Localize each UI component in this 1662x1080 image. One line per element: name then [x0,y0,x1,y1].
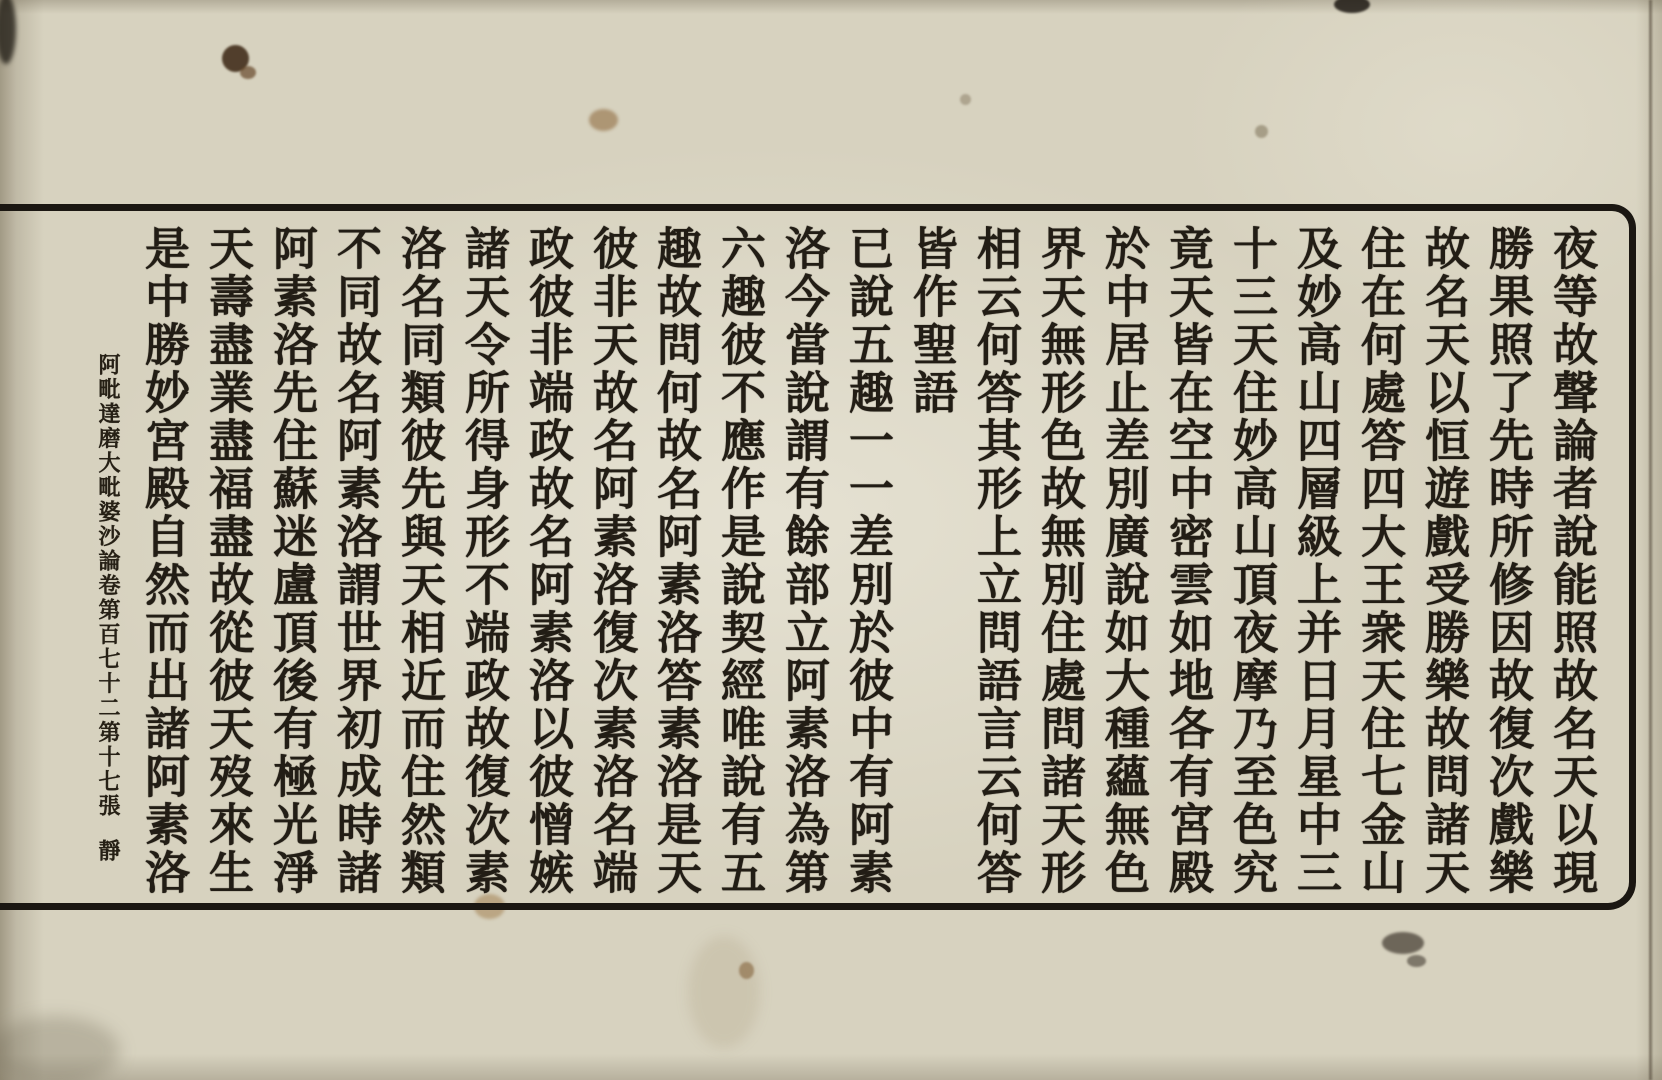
text-column: 相云何答其形上立問語言云何答 [963,225,1027,895]
stain-mark [960,94,971,105]
text-column: 天壽盡業盡福盡故從彼天歿來生 [195,225,259,895]
volume-marker: 靜 [95,839,121,864]
text-columns: 夜等故聲論者說能照故名天以現 勝果照了先時所修因故復次戲樂 故名天以恒遊戲受勝樂… [0,211,1629,903]
scanned-sutra-page: { "page": { "columns": [ "夜等故聲論者說能照故名天以現… [0,0,1662,1080]
text-column: 住在何處答四大王衆天住七金山 [1347,225,1411,895]
text-column: 阿素洛先住蘇迷盧頂後有極光淨 [259,225,323,895]
text-column: 諸天令所得身形不端政故復次素 [451,225,515,895]
text-column: 洛今當說謂有餘部立阿素洛為第 [771,225,835,895]
stain-mark [1255,125,1268,138]
page-edge-shadow [1648,0,1653,1080]
stain-mark [1407,955,1426,967]
text-column: 十三天住妙高山頂夜摩乃至色究 [1219,225,1283,895]
text-column: 界天無形色故無別住處問諸天形 [1027,225,1091,895]
text-column: 洛名同類彼先與天相近而住然類 [387,225,451,895]
stain-mark [240,66,256,79]
text-column-short: 皆作聖語 [899,225,963,895]
stain-mark [589,109,618,131]
stain-mark [1382,932,1424,954]
text-frame: 夜等故聲論者說能照故名天以現 勝果照了先時所修因故復次戲樂 故名天以恒遊戲受勝樂… [0,204,1636,910]
text-column: 政彼非端政故名阿素洛以彼憎嫉 [515,225,579,895]
text-column: 已說五趣一一差別於彼中有阿素 [835,225,899,895]
text-column: 夜等故聲論者說能照故名天以現 [1539,225,1603,895]
text-column: 及妙高山四層級上并日月星中三 [1283,225,1347,895]
text-column: 竟天皆在空中密雲如地各有宮殿 [1155,225,1219,895]
text-column: 六趣彼不應作是說契經唯說有五 [707,225,771,895]
text-column: 不同故名阿素洛謂世界初成時諸 [323,225,387,895]
text-column: 於中居止差別廣說如大種蘊無色 [1091,225,1155,895]
text-column: 彼非天故名阿素洛復次素洛名端 [579,225,643,895]
colophon-title: 阿毗達磨大毗婆沙論卷第百七十二第十七張 [95,353,121,819]
text-column: 勝果照了先時所修因故復次戲樂 [1475,225,1539,895]
text-column: 故名天以恒遊戲受勝樂故問諸天 [1411,225,1475,895]
colophon-column: 阿毗達磨大毗婆沙論卷第百七十二第十七張靜 [85,225,131,895]
text-column: 是中勝妙宮殿自然而出諸阿素洛 [131,225,195,895]
stain-mark [688,936,760,1048]
text-column: 趣故問何故名阿素洛答素洛是天 [643,225,707,895]
